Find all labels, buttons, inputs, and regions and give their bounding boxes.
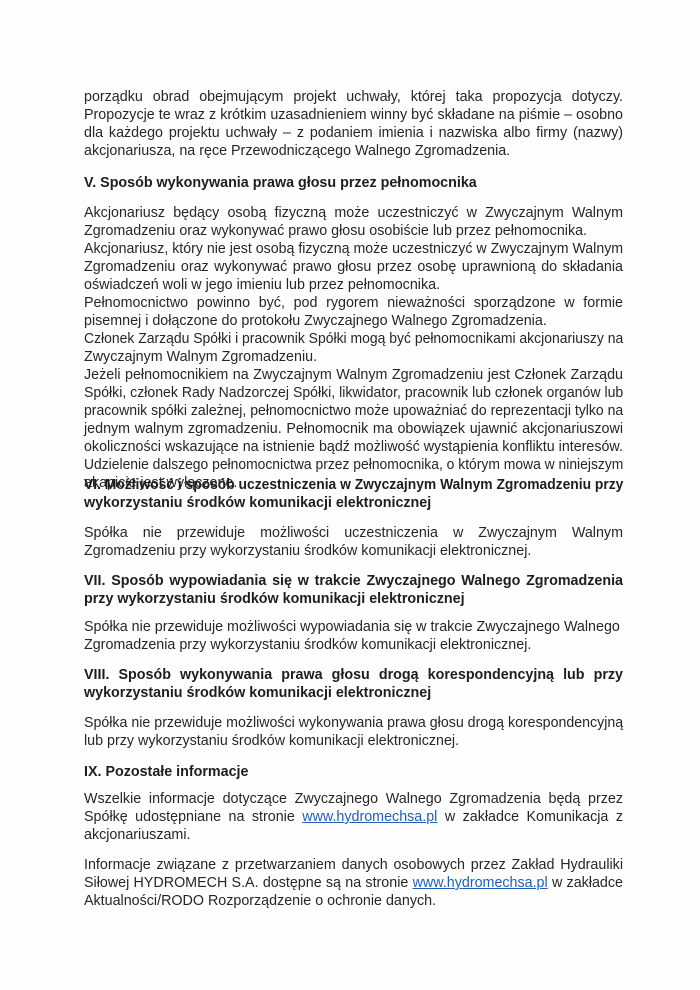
section-v-line: Zgromadzeniu oraz wykonywać prawo głosu … [84,222,623,240]
section-ix-text: w zakładce [552,875,623,891]
section-vii-heading: VII. Sposób wypowiadania się w trakcie Z… [84,572,623,590]
section-viii-heading: VIII. Sposób wykonywania prawa głosu dro… [84,666,623,684]
section-vi-heading: wykorzystaniu środków komunikacji elektr… [84,494,623,512]
section-v-line: Akcjonariusz, który nie jest osobą fizyc… [84,240,623,258]
section-ix-line: Spółkę udostępniane na stronie www.hydro… [84,808,623,826]
section-v-line: Pełnomocnictwo powinno być, pod rygorem … [84,294,623,312]
section-ix-line: Aktualności/RODO Rozporządzenie o ochron… [84,892,623,910]
document-page: porządku obrad obejmującym projekt uchwa… [0,0,700,990]
section-v-line: jednym walnym zgromadzeniu. Pełnomocnik … [84,420,623,438]
section-v-heading: V. Sposób wykonywania prawa głosu przez … [84,174,623,192]
section-vii-line: Spółka nie przewiduje możliwości wypowia… [84,618,623,636]
website-link[interactable]: www.hydromechsa.pl [302,809,437,825]
section-v-line: okoliczności wskazujące na istnienie bąd… [84,438,623,456]
section-v-line: Członek Zarządu Spółki i pracownik Spółk… [84,330,623,348]
section-v-line: oświadczeń woli w jego imieniu lub przez… [84,276,623,294]
section-vii-heading: przy wykorzystaniu środków komunikacji e… [84,590,623,608]
section-vi-heading: VI. Możliwość i sposób uczestniczenia w … [84,476,623,494]
section-v-line: pracownik spółki zależnej, pełnomocnictw… [84,402,623,420]
section-v-line: pisemnej i dołączone do protokołu Zwycza… [84,312,623,330]
section-v-line: Jeżeli pełnomocnikiem na Zwyczajnym Waln… [84,366,623,384]
section-vi-line: Spółka nie przewiduje możliwości uczestn… [84,524,623,542]
section-v-line: Zwyczajnym Walnym Zgromadzeniu. [84,348,623,366]
section-ix-line: Wszelkie informacje dotyczące Zwyczajneg… [84,790,623,808]
section-viii-heading: wykorzystaniu środków komunikacji elektr… [84,684,623,702]
website-link[interactable]: www.hydromechsa.pl [413,875,548,891]
section-ix-line: akcjonariuszami. [84,826,623,844]
section-viii-line: lub przy wykorzystaniu środków komunikac… [84,732,623,750]
section-v-line: Zgromadzeniu oraz wykonywać prawo głosu … [84,258,623,276]
section-ix-line: Siłowej HYDROMECH S.A. dostępne są na st… [84,874,623,892]
intro-line: akcjonariusza, na ręce Przewodniczącego … [84,142,623,160]
intro-line: dla każdego projektu uchwały – z podanie… [84,124,623,142]
section-vi-line: Zgromadzeniu przy wykorzystaniu środków … [84,542,623,560]
section-ix-text: Siłowej HYDROMECH S.A. dostępne są na st… [84,875,408,891]
section-viii-line: Spółka nie przewiduje możliwości wykonyw… [84,714,623,732]
intro-line: porządku obrad obejmującym projekt uchwa… [84,88,623,106]
section-v-line: Udzielenie dalszego pełnomocnictwa przez… [84,456,623,474]
section-vii-line: Zgromadzenia przy wykorzystaniu środków … [84,636,623,654]
section-ix-heading: IX. Pozostałe informacje [84,763,623,781]
section-ix-line: Informacje związane z przetwarzaniem dan… [84,856,623,874]
section-v-line: Spółki, członek Rady Nadzorczej Spółki, … [84,384,623,402]
section-ix-text: w zakładce Komunikacja z [445,809,623,825]
section-ix-text: Spółkę udostępniane na stronie [84,809,295,825]
section-v-line: Akcjonariusz będący osobą fizyczną może … [84,204,623,222]
intro-line: Propozycje te wraz z krótkim uzasadnieni… [84,106,623,124]
